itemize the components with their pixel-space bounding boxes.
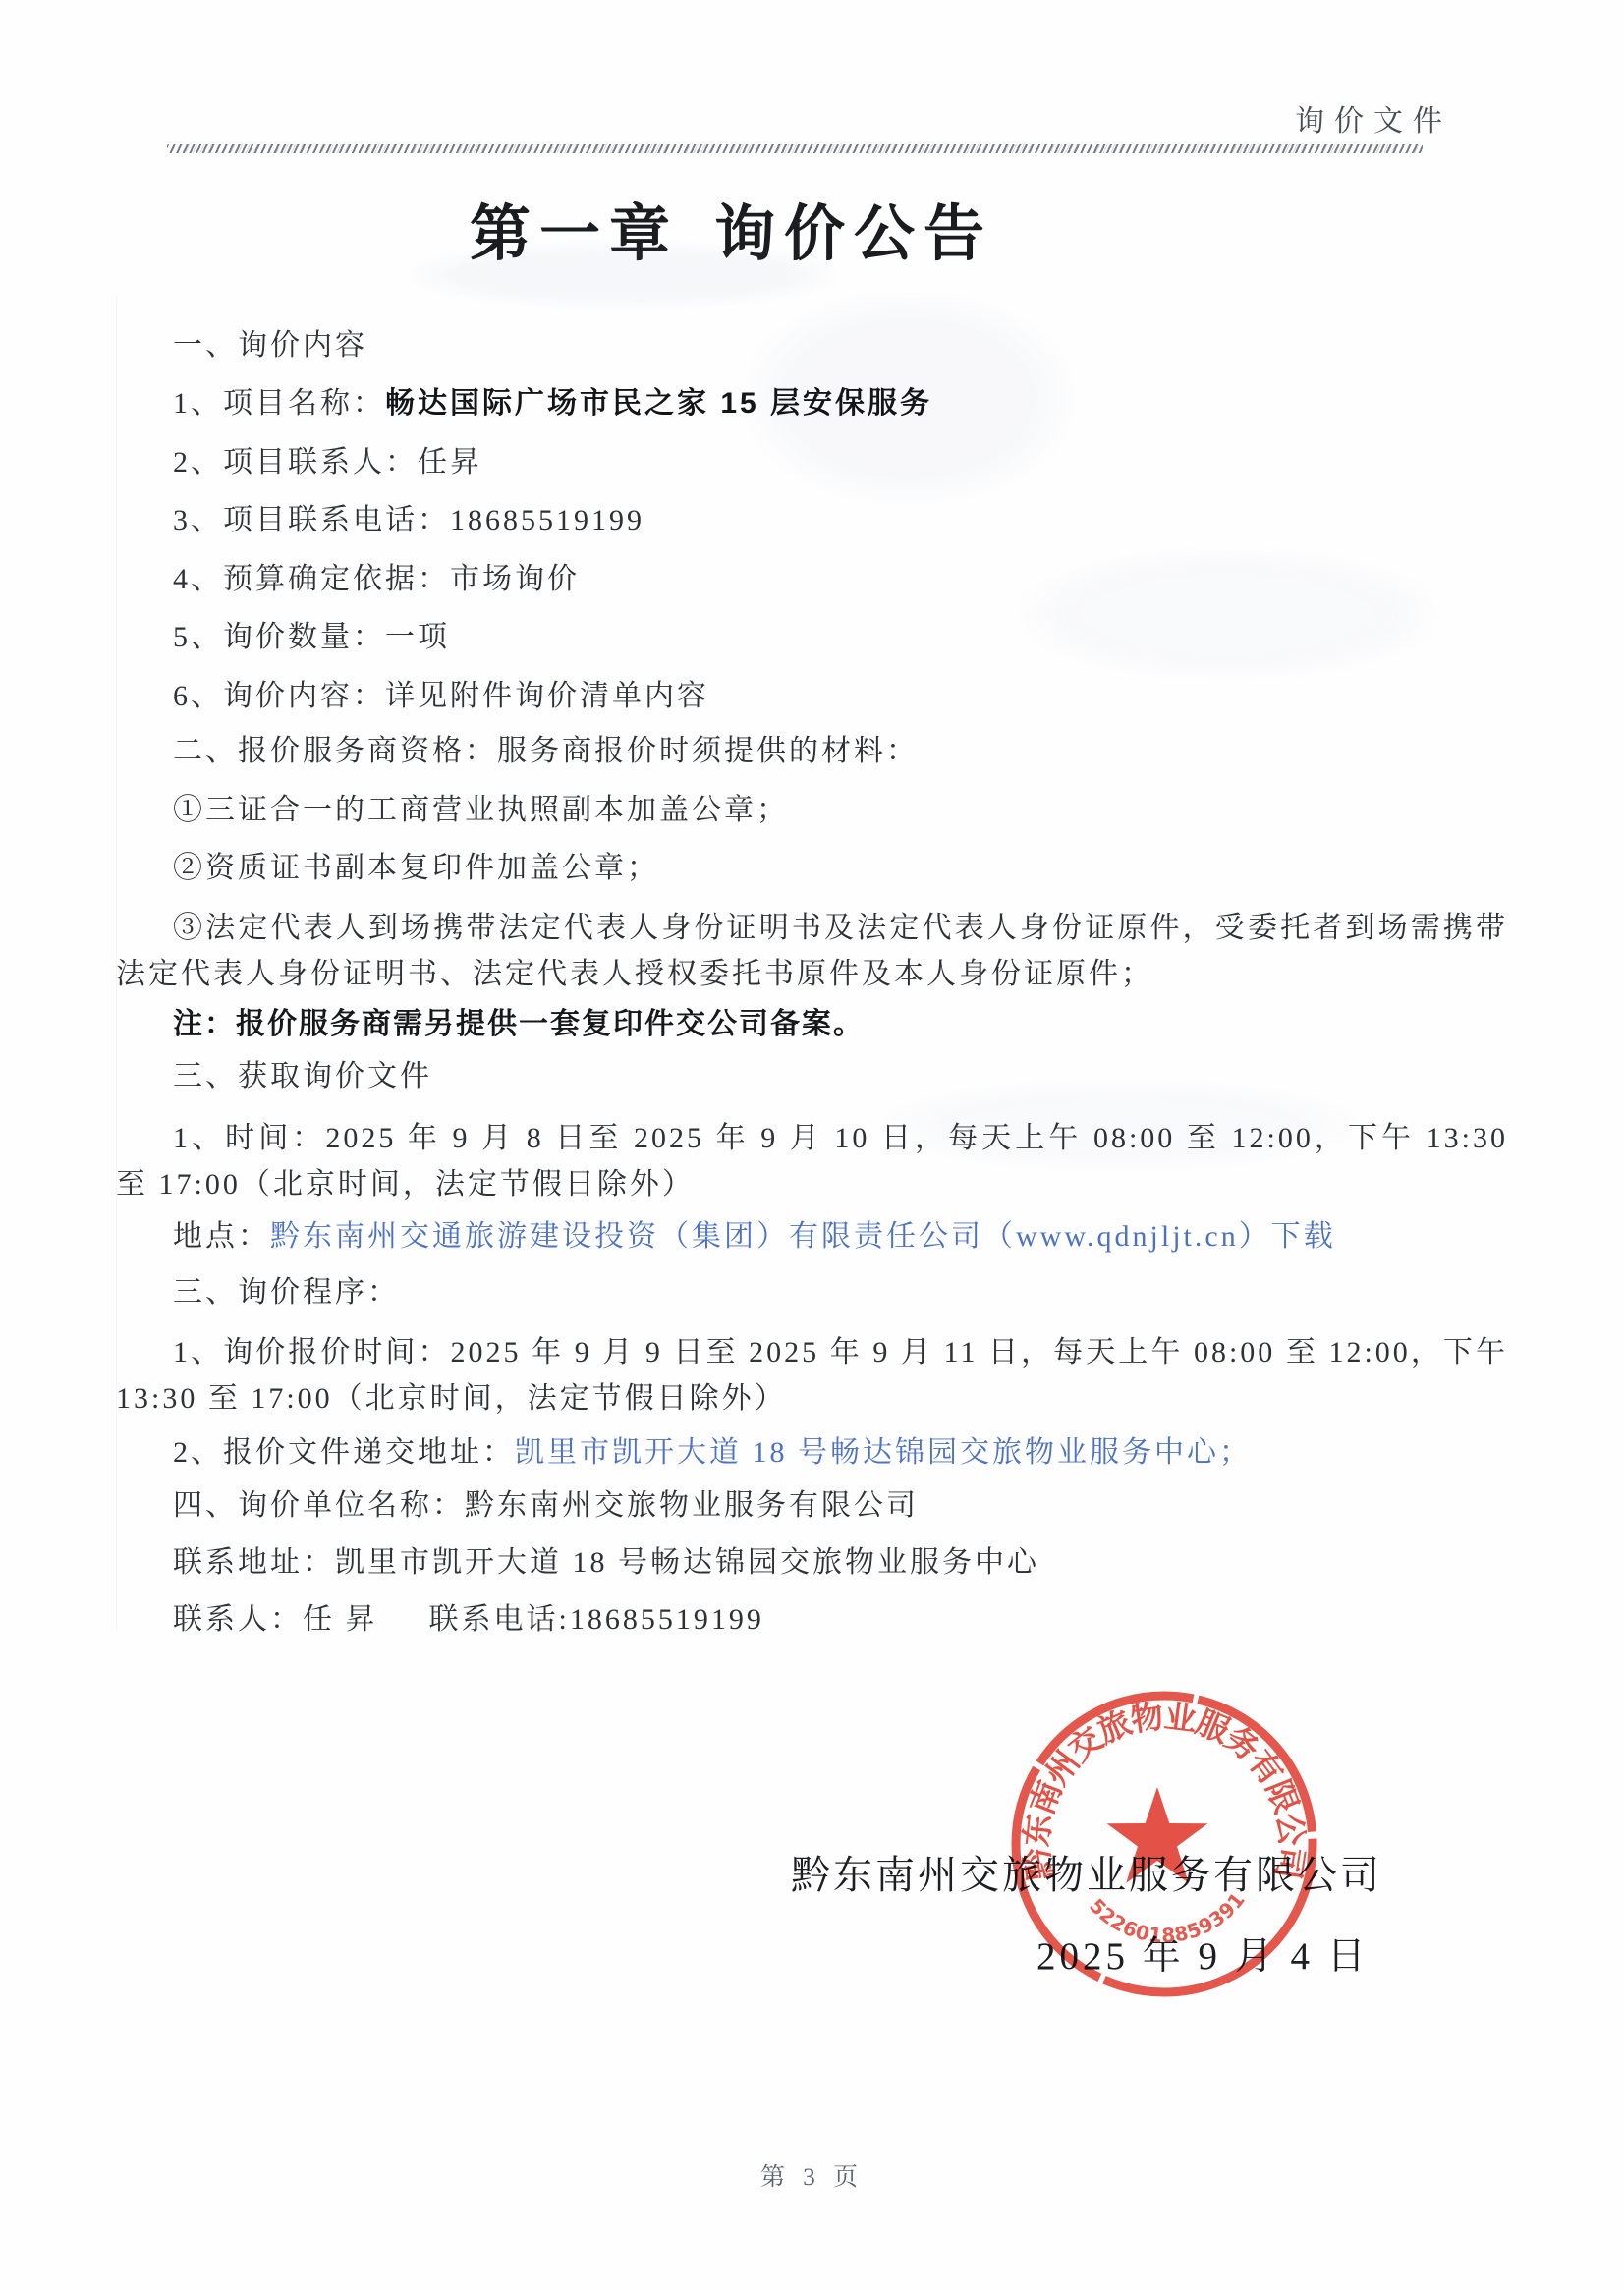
item-inquiry-unit-name: 四、询价单位名称：黔东南州交旅物业服务有限公司	[116, 1482, 1508, 1529]
item-submission-address: 2、报价文件递交地址：凯里市凯开大道 18 号畅达锦园交旅物业服务中心；	[116, 1429, 1508, 1476]
item-project-phone: 3、项目联系电话：18685519199	[116, 497, 1508, 543]
section-heading-inquiry-procedure: 三、询价程序：	[116, 1269, 1508, 1315]
item-budget-basis: 4、预算确定依据：市场询价	[116, 556, 1508, 602]
item-inquiry-quantity: 5、询价数量：一项	[116, 614, 1508, 660]
section-heading-inquiry-content: 一、询价内容	[116, 322, 1508, 368]
item-obtain-time: 1、时间：2025 年 9 月 8 日至 2025 年 9 月 10 日，每天上…	[116, 1115, 1508, 1207]
company-seal-stamp: 黔东南州交旅物业服务有限公司 5226018859391	[1002, 1682, 1326, 2006]
item-project-name: 1、项目名称：畅达国际广场市民之家 15 层安保服务	[116, 380, 1508, 426]
item-contact-address: 联系地址：凯里市凯开大道 18 号畅达锦园交旅物业服务中心	[116, 1539, 1508, 1586]
document-page: 询价文件 第一章询价公告 一、询价内容 1、项目名称：畅达国际广场市民之家 15…	[0, 0, 1624, 2290]
item-inquiry-detail: 6、询价内容：详见附件询价清单内容	[116, 673, 1508, 719]
note-extra-copy: 注：报价服务商需另提供一套复印件交公司备案。	[116, 1001, 1508, 1047]
item-obtain-location-label: 地点：	[173, 1220, 270, 1253]
page-header-label: 询价文件	[1295, 96, 1452, 140]
section-heading-supplier-qualification: 二、报价服务商资格：服务商报价时须提供的材料：	[116, 728, 1508, 774]
requirement-legal-representative: ③法定代表人到场携带法定代表人身份证明书及法定代表人身份证原件，受委托者到场需携…	[116, 905, 1508, 997]
item-contact-person-line: 联系人：任 昇联系电话:18685519199	[116, 1596, 1508, 1643]
title-text: 询价公告	[714, 201, 993, 268]
section-heading-obtain-documents: 三、获取询价文件	[116, 1053, 1508, 1099]
submission-address-text: 凯里市凯开大道 18 号畅达锦园交旅物业服务中心；	[515, 1436, 1252, 1469]
page-title: 第一章询价公告	[470, 185, 993, 272]
requirement-business-license: ①三证合一的工商营业执照副本加盖公章；	[116, 787, 1508, 833]
seal-serial-number: 5226018859391	[1085, 1888, 1250, 1947]
header-divider	[167, 144, 1423, 153]
item-project-name-label: 1、项目名称：	[173, 387, 385, 419]
item-project-name-value: 畅达国际广场市民之家 15 层安保服务	[385, 387, 932, 419]
requirement-qualification-certificate: ②资质证书副本复印件加盖公章；	[116, 845, 1508, 891]
item-obtain-location: 地点：黔东南州交通旅游建设投资（集团）有限责任公司（www.qdnjljt.cn…	[116, 1213, 1508, 1259]
seal-star-icon	[1107, 1787, 1208, 1883]
seal-graphic: 黔东南州交旅物业服务有限公司 5226018859391	[1002, 1682, 1326, 2006]
page-number: 第 3 页	[0, 2157, 1624, 2193]
contact-phone: 联系电话:18685519199	[429, 1603, 764, 1636]
item-project-contact: 2、项目联系人：任昇	[116, 439, 1508, 485]
title-chapter: 第一章	[470, 201, 679, 268]
download-link-text: 黔东南州交通旅游建设投资（集团）有限责任公司（www.qdnjljt.cn）下载	[270, 1220, 1336, 1253]
contact-person: 联系人：任 昇	[173, 1603, 378, 1636]
item-submission-address-label: 2、报价文件递交地址：	[173, 1436, 515, 1469]
item-quote-time: 1、询价报价时间：2025 年 9 月 9 日至 2025 年 9 月 11 日…	[116, 1329, 1508, 1422]
